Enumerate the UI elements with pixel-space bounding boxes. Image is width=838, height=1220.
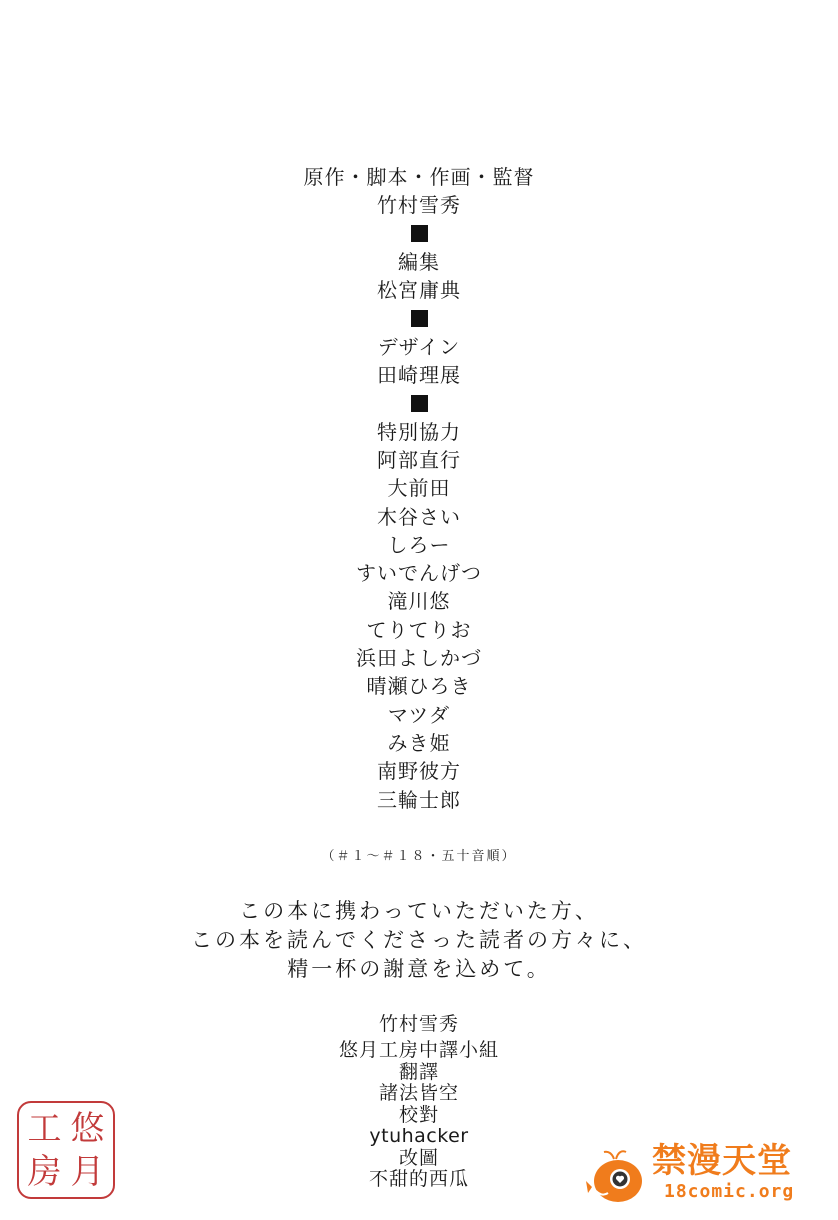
credit-line: みき姫 (0, 729, 838, 757)
message-line: 精一杯の謝意を込めて。 (0, 955, 838, 984)
credit-line: てりてりお (0, 616, 838, 644)
translator-name: 諸法皆空 (0, 1083, 838, 1105)
group-seal-stamp: 工 悠 房 月 (17, 1101, 115, 1199)
black-square-icon (411, 225, 428, 242)
thanks-message: この本に携わっていただいた方、 この本を読んでくださった読者の方々に、 精一杯の… (0, 897, 838, 984)
credit-line: しろー (0, 531, 838, 559)
credit-line: 晴瀬ひろき (0, 672, 838, 700)
staff-credits: 原作・脚本・作画・監督 竹村雪秀 編集 松宮庸典 デザイン 田崎理展 特別協力 … (0, 163, 838, 814)
stamp-char: 悠 (66, 1107, 109, 1150)
credit-line: デザイン (0, 333, 838, 361)
translation-group: 悠月工房中譯小組 (0, 1040, 838, 1062)
credit-line: 竹村雪秀 (0, 191, 838, 219)
author-signature: 竹村雪秀 (0, 1009, 838, 1036)
credit-line: マツダ (0, 701, 838, 729)
credit-line: 浜田よしかづ (0, 644, 838, 672)
credit-line: 松宮庸典 (0, 276, 838, 304)
credit-line: 原作・脚本・作画・監督 (0, 163, 838, 191)
credit-line: 大前田 (0, 474, 838, 502)
role-label: 翻譯 (0, 1062, 838, 1084)
credit-line: 編集 (0, 248, 838, 276)
message-line: この本に携わっていただいた方、 (0, 897, 838, 926)
credit-line: 南野彼方 (0, 757, 838, 785)
ordering-note: （＃１～＃１８・五十音順） (0, 845, 838, 864)
black-square-icon (411, 310, 428, 327)
watermark-domain: 18comic.org (664, 1181, 794, 1203)
credit-line: 木谷さい (0, 503, 838, 531)
role-label: 校對 (0, 1105, 838, 1127)
stamp-char: 月 (66, 1150, 109, 1193)
watermark-logo: 禁漫天堂 18comic.org (580, 1137, 810, 1209)
credit-line: 三輪士郎 (0, 786, 838, 814)
message-line: この本を読んでくださった読者の方々に、 (0, 926, 838, 955)
stamp-char: 工 (23, 1107, 66, 1150)
credit-line: 滝川悠 (0, 587, 838, 615)
section-separator (0, 304, 838, 332)
stamp-char: 房 (23, 1150, 66, 1193)
credit-line: 田崎理展 (0, 361, 838, 389)
black-square-icon (411, 395, 428, 412)
credit-line: すいでんげつ (0, 559, 838, 587)
credit-line: 特別協力 (0, 418, 838, 446)
section-separator (0, 389, 838, 417)
section-separator (0, 220, 838, 248)
watermark-brand: 禁漫天堂 (652, 1141, 792, 1181)
credit-line: 阿部直行 (0, 446, 838, 474)
mascot-icon (586, 1147, 646, 1205)
